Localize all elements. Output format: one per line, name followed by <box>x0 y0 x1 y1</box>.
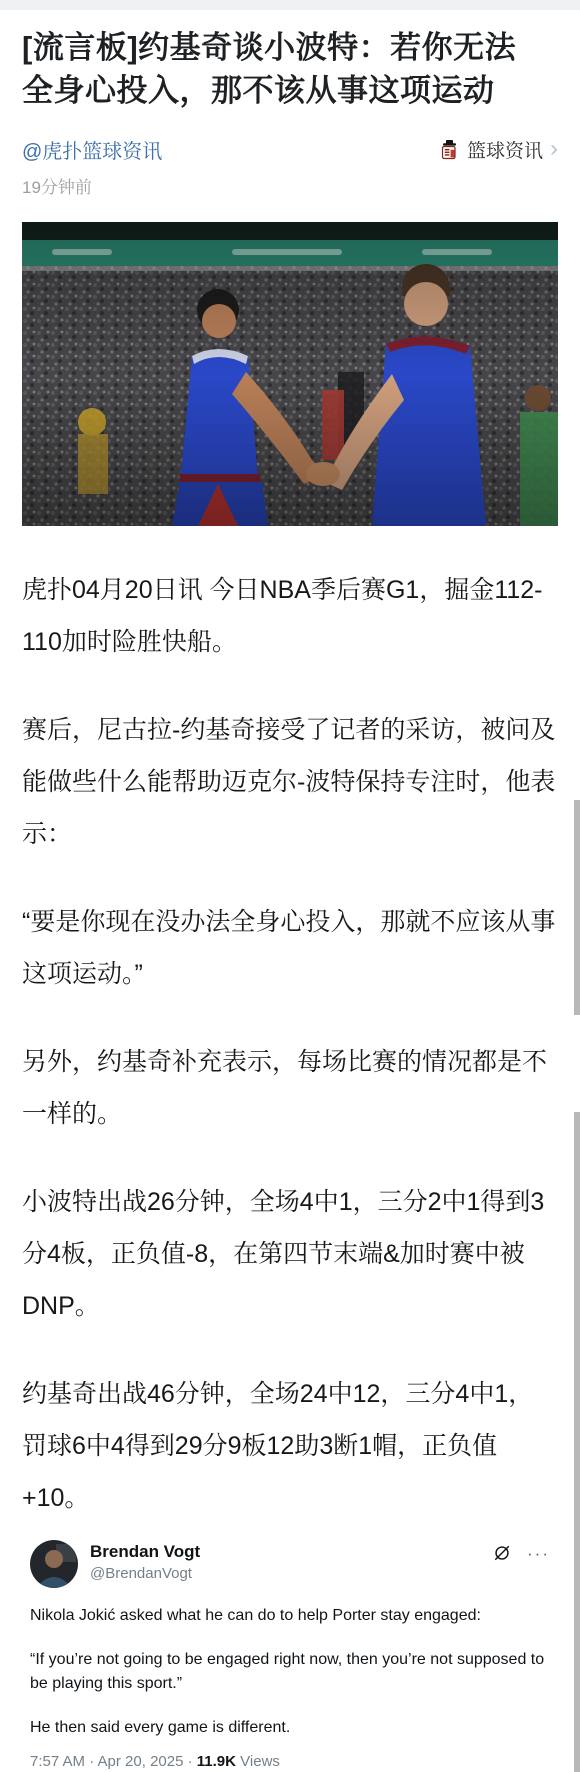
tweet-views-count: 11.9K <box>197 1753 236 1770</box>
tweet-timestamp: 7:57 AM · Apr 20, 2025 · <box>30 1753 193 1770</box>
tweet-text-line: Nikola Jokić asked what he can do to hel… <box>30 1604 550 1628</box>
tweet-views-label: Views <box>240 1753 280 1770</box>
tweet-body: Nikola Jokić asked what he can do to hel… <box>30 1604 550 1740</box>
article-paragraph: 虎扑04月20日讯 今日NBA季后赛G1，掘金112-110加时险胜快船。 <box>22 564 558 668</box>
tweet-text-line: “If you’re not going to be engaged right… <box>30 1648 550 1696</box>
tweet-footer: 7:57 AM · Apr 20, 2025 · 11.9K Views <box>30 1753 550 1770</box>
article-body: 虎扑04月20日讯 今日NBA季后赛G1，掘金112-110加时险胜快船。 赛后… <box>22 564 558 1524</box>
article-paragraph: “要是你现在没办法全身心投入，那就不应该从事这项运动。” <box>22 896 558 1000</box>
more-options-icon[interactable]: ··· <box>527 1545 550 1562</box>
article-paragraph: 另外，约基奇补充表示，每场比赛的情况都是不一样的。 <box>22 1036 558 1140</box>
embedded-tweet[interactable]: Brendan Vogt @BrendanVogt ··· Nikola Jok… <box>30 1540 550 1770</box>
article-paragraph: 小波特出战26分钟，全场4中1，三分2中1得到3分4板，正负值-8，在第四节末端… <box>22 1176 558 1332</box>
author-link[interactable]: @虎扑篮球资讯 <box>22 135 162 164</box>
page-title-line1: [流言板]约基奇谈小波特：若你无法 <box>22 26 558 69</box>
status-bar-strip <box>0 0 580 10</box>
grok-icon[interactable] <box>493 1544 511 1562</box>
article-photo[interactable] <box>22 222 558 526</box>
page-title-line2: 全身心投入，那不该从事这项运动 <box>22 69 558 112</box>
tweet-actions: ··· <box>493 1540 550 1562</box>
news-mascot-icon <box>438 139 460 161</box>
article-paragraph: 赛后，尼古拉-约基奇接受了记者的采访，被问及能做些什么能帮助迈克尔-波特保持专注… <box>22 704 558 860</box>
meta-row: @虎扑篮球资讯 篮球资讯 › <box>22 135 558 164</box>
tweet-text-line: He then said every game is different. <box>30 1716 550 1740</box>
tweet-author-name[interactable]: Brendan Vogt <box>90 1542 200 1562</box>
chevron-right-icon: › <box>550 137 558 161</box>
page-title: [流言板]约基奇谈小波特：若你无法 全身心投入，那不该从事这项运动 <box>22 26 558 112</box>
post-timestamp: 19分钟前 <box>22 173 558 198</box>
tweet-avatar[interactable] <box>30 1540 78 1588</box>
scrollbar-thumb[interactable] <box>574 1112 580 1772</box>
category-link[interactable]: 篮球资讯 › <box>438 136 558 163</box>
tweet-names: Brendan Vogt @BrendanVogt <box>90 1540 200 1582</box>
tweet-author-handle[interactable]: @BrendanVogt <box>90 1565 200 1582</box>
tweet-header: Brendan Vogt @BrendanVogt ··· <box>30 1540 550 1588</box>
scrollbar-thumb[interactable] <box>574 800 580 1015</box>
category-label: 篮球资讯 <box>467 136 543 163</box>
article-paragraph: 约基奇出战46分钟，全场24中12，三分4中1，罚球6中4得到29分9板12助3… <box>22 1368 558 1524</box>
